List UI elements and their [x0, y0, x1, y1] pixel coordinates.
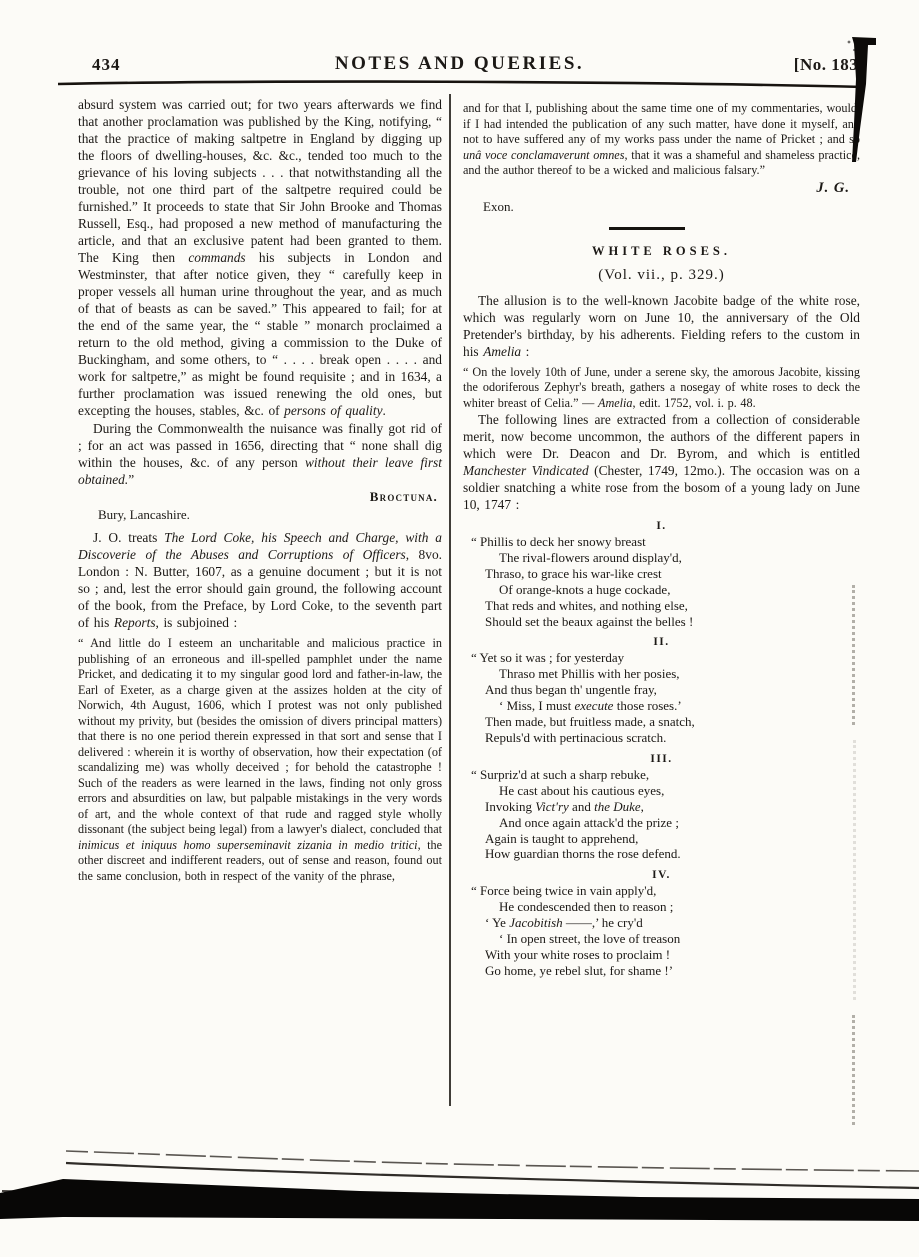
text-run: , is subjoined : [156, 615, 238, 630]
italic-text-run: persons of quality [284, 403, 382, 418]
verse-line: Again is taught to apprehend, [463, 831, 860, 847]
verse-line: “ Yet so it was ; for yesterday [463, 650, 860, 666]
verse-line: And once again attack'd the prize ; [463, 815, 860, 831]
block-quote: “ On the lovely 10th of June, under a se… [463, 365, 860, 412]
paragraph: The allusion is to the well-known Jacobi… [463, 292, 860, 360]
verse-line: He condescended then to reason ; [463, 899, 860, 915]
scan-bottom-artifact [0, 1135, 919, 1235]
italic-text-run: Vict'ry [535, 799, 569, 814]
italic-text-run: Manchester Vindicated [463, 463, 589, 478]
contributor-location: Exon. [463, 199, 860, 215]
block-quote: “ And little do I esteem an uncharitable… [78, 636, 442, 884]
verse-line: “ Force being twice in vain apply'd, [463, 883, 860, 899]
verse-line: “ Phillis to deck her snowy breast [463, 534, 860, 550]
verse-line: Of orange-knots a huge cockade, [463, 582, 860, 598]
text-run: : [521, 344, 529, 359]
italic-text-run: unâ voce conclamaverunt omnes [463, 148, 624, 162]
section-divider-rule [609, 227, 685, 230]
text-run: those roses.’ [613, 698, 681, 713]
verse-line: How guardian thorns the rose defend. [463, 846, 860, 862]
section-heading: WHITE ROSES. [463, 244, 860, 259]
verse-line: He cast about his cautious eyes, [463, 783, 860, 799]
text-run: ——,’ he cry'd [563, 915, 643, 930]
italic-text-run: inimicus et iniquus homo superseminavit … [78, 838, 418, 852]
italic-text-run: execute [574, 698, 613, 713]
verse-line: ‘ Miss, I must execute those roses.’ [463, 698, 860, 714]
header-rule [58, 78, 864, 92]
verse-line: Repuls'd with pertinacious scratch. [463, 730, 860, 746]
verse-line: Thraso, to grace his war-like crest [463, 566, 860, 582]
paragraph: The following lines are extracted from a… [463, 411, 860, 513]
text-run: He cast about his cautious eyes, [499, 783, 664, 798]
text-run: With your white roses to proclaim ! [485, 947, 670, 962]
text-run: J. O. treats [93, 530, 164, 545]
text-run: ‘ Miss, I must [499, 698, 574, 713]
text-run: “ Phillis to deck her snowy breast [471, 534, 646, 549]
verse-line: Then made, but fruitless made, a snatch, [463, 714, 860, 730]
italic-text-run: commands [188, 250, 245, 265]
text-run: “ Surpriz'd at such a sharp rebuke, [471, 767, 649, 782]
text-run: Then made, but fruitless made, a snatch, [485, 714, 695, 729]
scan-edge-speckle [853, 740, 859, 1000]
italic-text-run: Reports [114, 615, 156, 630]
verse-line: That reds and whites, and nothing else, [463, 598, 860, 614]
italic-text-run: Jacobitish [509, 915, 562, 930]
text-run: “ And little do I esteem an uncharitable… [78, 636, 442, 836]
right-column: and for that I, publishing about the sam… [463, 96, 860, 979]
verse-stanza: II.“ Yet so it was ; for yesterdayThraso… [463, 636, 860, 745]
text-run: Thraso, to grace his war-like crest [485, 566, 662, 581]
verse-stanza: III.“ Surpriz'd at such a sharp rebuke,H… [463, 753, 860, 862]
text-run: Again is taught to apprehend, [485, 831, 638, 846]
verse-stanza: I.“ Phillis to deck her snowy breastThe … [463, 520, 860, 629]
scan-ink-blob-top-right [842, 34, 882, 174]
verse-line: Go home, ye rebel slut, for shame !’ [463, 963, 860, 979]
text-run: ‘ In open street, the love of treason [499, 931, 680, 946]
left-column: absurd system was carried out; for two y… [78, 96, 442, 884]
text-run: his subjects in London and Westminster, … [78, 250, 442, 418]
stanza-number: I. [463, 520, 860, 532]
text-run: and for that I, publishing about the sam… [463, 101, 860, 146]
column-divider-rule [449, 94, 451, 1106]
text-run: ” [128, 472, 134, 487]
paragraph: During the Commonwealth the nuisance was… [78, 420, 442, 488]
text-run: absurd system was carried out; for two y… [78, 97, 442, 265]
text-run: “ Force being twice in vain apply'd, [471, 883, 656, 898]
text-run: The rival-flowers around display'd, [499, 550, 682, 565]
paragraph: absurd system was carried out; for two y… [78, 96, 442, 419]
text-run: How guardian thorns the rose defend. [485, 846, 681, 861]
text-run: Go home, ye rebel slut, for shame !’ [485, 963, 673, 978]
contributor-signature: Broctuna. [78, 489, 442, 505]
text-run: Should set the beaux against the belles … [485, 614, 693, 629]
scan-edge-speckle [852, 1015, 858, 1125]
verse-line: Thraso met Phillis with her posies, [463, 666, 860, 682]
section-reference: (Vol. vii., p. 329.) [463, 267, 860, 284]
verse-line: The rival-flowers around display'd, [463, 550, 860, 566]
page-title: NOTES AND QUERIES. [0, 53, 919, 75]
italic-text-run: the Duke [594, 799, 641, 814]
verse-line: With your white roses to proclaim ! [463, 947, 860, 963]
text-run: Invoking [485, 799, 535, 814]
italic-text-run: Amelia [483, 344, 521, 359]
contributor-location: Bury, Lancashire. [78, 507, 442, 523]
text-run: and [569, 799, 594, 814]
stanza-number: II. [463, 636, 860, 648]
text-run: And thus began th' ungentle fray, [485, 682, 657, 697]
text-run: Of orange-knots a huge cockade, [499, 582, 670, 597]
text-run: Repuls'd with pertinacious scratch. [485, 730, 666, 745]
verse-line: And thus began th' ungentle fray, [463, 682, 860, 698]
verse-stanza: IV.“ Force being twice in vain apply'd,H… [463, 869, 860, 978]
verse-line: Invoking Vict'ry and the Duke, [463, 799, 860, 815]
text-run: He condescended then to reason ; [499, 899, 673, 914]
text-run: That reds and whites, and nothing else, [485, 598, 688, 613]
scan-edge-speckle [852, 585, 858, 725]
text-run: The following lines are extracted from a… [463, 412, 860, 461]
block-quote: and for that I, publishing about the sam… [463, 101, 860, 179]
verse-line: ‘ Ye Jacobitish ——,’ he cry'd [463, 915, 860, 931]
stanza-number: IV. [463, 869, 860, 881]
stanza-number: III. [463, 753, 860, 765]
text-run: , [641, 799, 644, 814]
italic-text-run: Amelia [598, 396, 633, 410]
text-run: And once again attack'd the prize ; [499, 815, 679, 830]
verse-line: “ Surpriz'd at such a sharp rebuke, [463, 767, 860, 783]
text-run: “ Yet so it was ; for yesterday [471, 650, 624, 665]
paragraph: J. O. treats The Lord Coke, his Speech a… [78, 529, 442, 631]
contributor-signature: J. G. [463, 180, 860, 197]
text-run: Thraso met Phillis with her posies, [499, 666, 680, 681]
text-run: ‘ Ye [485, 915, 509, 930]
text-run: . [383, 403, 386, 418]
verse-line: ‘ In open street, the love of treason [463, 931, 860, 947]
verse-line: Should set the beaux against the belles … [463, 614, 860, 630]
text-run: , edit. 1752, vol. i. p. 48. [633, 396, 756, 410]
